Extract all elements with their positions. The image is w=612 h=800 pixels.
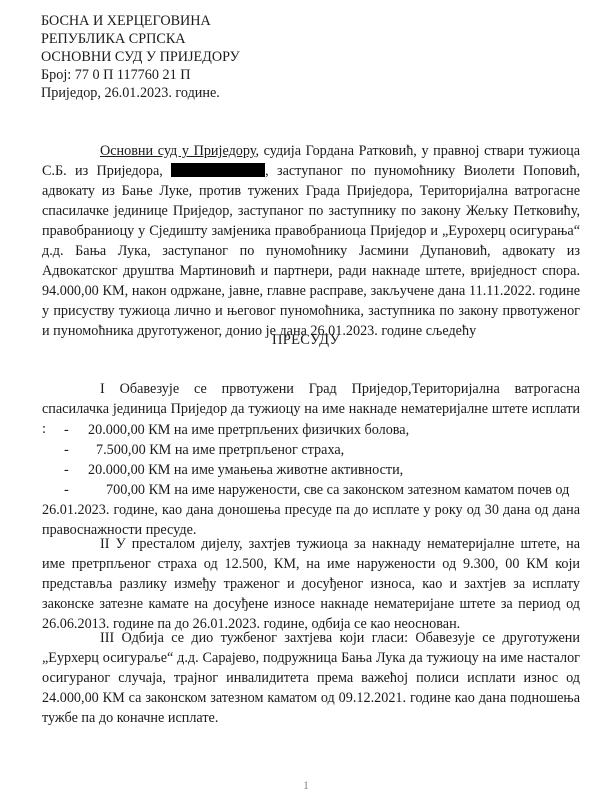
header-republic: РЕПУБЛИКА СРПСКА (41, 30, 240, 48)
list-item: - 20.000,00 КМ на име умањења животне ак… (42, 460, 580, 480)
amount: 20.000,00 КМ (88, 462, 170, 478)
description: на име наружености, све са законском зат… (171, 482, 570, 498)
list-item-text: 700,00 КМ на име наружености, све са зак… (106, 480, 569, 500)
award-list: - 20.000,00 КМ на име претрпљених физичк… (42, 420, 580, 500)
description: на име претрпљеног страха, (171, 442, 344, 458)
court-name-underlined: Основни суд у Приједору (100, 143, 255, 159)
list-dash: - (64, 440, 69, 460)
header-place-date: Приједор, 26.01.2023. године. (41, 84, 240, 102)
header-country: БОСНА И ХЕРЦЕГОВИНА (41, 12, 240, 30)
header-case-number: Број: 77 0 П 117760 21 П (41, 66, 240, 84)
description: на име умањења животне активности, (170, 462, 403, 478)
section-2-paragraph: II У престалом дијелу, захтјев тужиоца з… (42, 534, 580, 634)
list-dash: - (64, 460, 69, 480)
list-item-text: 20.000,00 КМ на име претрпљених физичких… (88, 420, 409, 440)
page-number: 1 (0, 778, 612, 793)
list-item: - 20.000,00 КМ на име претрпљених физичк… (42, 420, 580, 440)
section-3-paragraph: III Одбија се дио тужбеног захтјева који… (42, 628, 580, 728)
redacted-block (171, 163, 265, 177)
list-dash: - (64, 480, 69, 500)
list-item: - 7.500,00 КМ на име претрпљеног страха, (42, 440, 580, 460)
list-item: - 700,00 КМ на име наружености, све са з… (42, 480, 580, 500)
intro-paragraph: Основни суд у Приједору, судија Гордана … (42, 141, 580, 341)
amount: 20.000,00 КМ (88, 422, 170, 438)
document-page: БОСНА И ХЕРЦЕГОВИНА РЕПУБЛИКА СРПСКА ОСН… (0, 0, 612, 800)
list-item-text: 20.000,00 КМ на име умањења животне акти… (88, 460, 403, 480)
list-item-text: 7.500,00 КМ на име претрпљеног страха, (96, 440, 344, 460)
header-court: ОСНОВНИ СУД У ПРИЈЕДОРУ (41, 48, 240, 66)
intro-text-part2: , заступаног по пуномоћнику Виолети Попо… (42, 163, 580, 339)
verdict-title: ПРЕСУДУ (0, 332, 612, 349)
list-dash: - (64, 420, 69, 440)
description: на име претрпљених физичких болова, (170, 422, 409, 438)
court-header: БОСНА И ХЕРЦЕГОВИНА РЕПУБЛИКА СРПСКА ОСН… (41, 12, 240, 102)
amount: 7.500,00 КМ (96, 442, 171, 458)
amount: 700,00 КМ (106, 482, 171, 498)
